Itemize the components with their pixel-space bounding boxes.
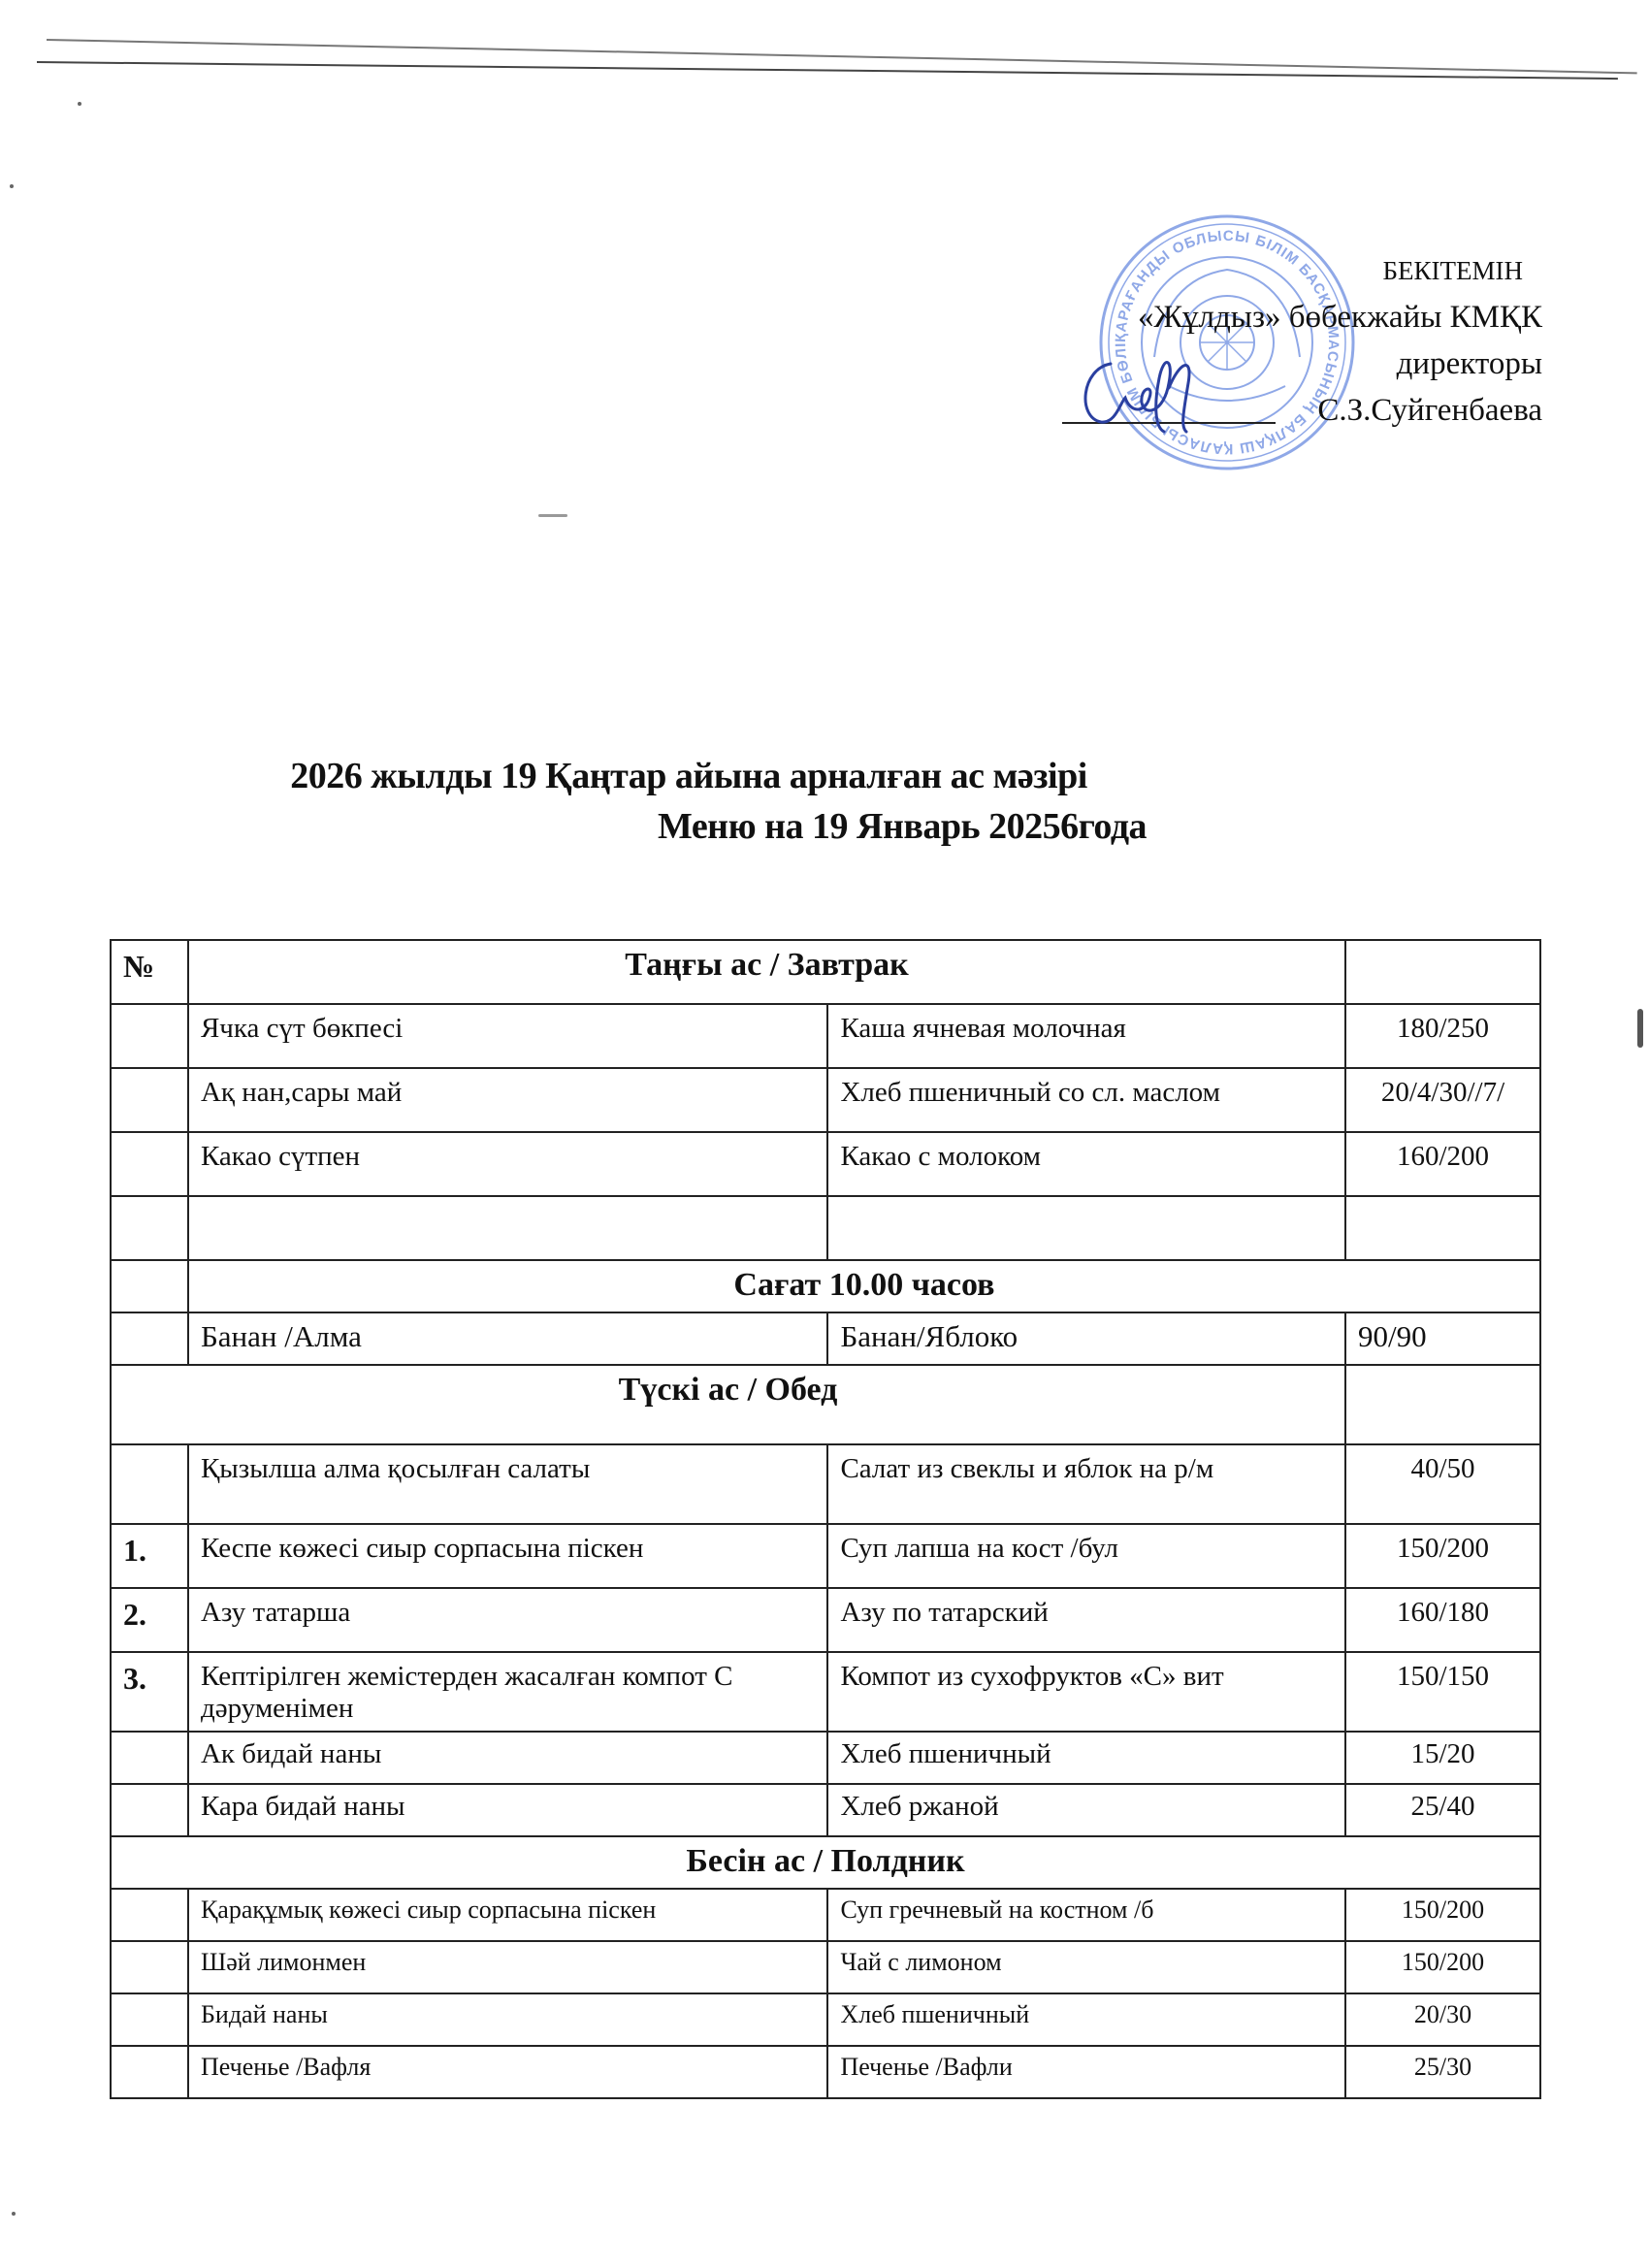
section-title: Бесін ас / Полдник — [111, 1836, 1540, 1889]
portion-grams: 90/90 — [1345, 1312, 1540, 1365]
section-header-lunch: Түскі ас / Обед — [111, 1365, 1540, 1444]
table-row: 2. Азу татарша Азу по татарский 160/180 — [111, 1588, 1540, 1652]
portion-grams: 160/180 — [1345, 1588, 1540, 1652]
portion-grams: 160/200 — [1345, 1132, 1540, 1196]
dish-russian: Хлеб пшеничный со сл. маслом — [827, 1068, 1345, 1132]
dish-kazakh: Кеспе көжесі сиыр сорпасына піскен — [188, 1524, 827, 1588]
dish-russian: Хлеб пшеничный — [827, 1732, 1345, 1784]
row-number — [111, 1941, 188, 1993]
dish-kazakh: Банан /Алма — [188, 1312, 827, 1365]
dish-russian: Печенье /Вафли — [827, 2046, 1345, 2098]
dish-russian: Салат из свеклы и яблок на р/м — [827, 1444, 1345, 1524]
table-row: Ячка сүт бөкпесі Каша ячневая молочная 1… — [111, 1004, 1540, 1068]
dish-russian: Компот из сухофруктов «С» вит — [827, 1652, 1345, 1732]
portion-grams: 150/150 — [1345, 1652, 1540, 1732]
dish-kazakh: Печенье /Вафля — [188, 2046, 827, 2098]
empty-cell — [111, 1260, 188, 1312]
row-number — [111, 1784, 188, 1836]
number-column-header: № — [111, 940, 188, 1004]
row-number: 2. — [111, 1588, 188, 1652]
dish-kazakh: Қарақұмық көжесі сиыр сорпасына піскен — [188, 1889, 827, 1941]
table-row: Бидай наны Хлеб пшеничный 20/30 — [111, 1993, 1540, 2046]
dish-kazakh: Қызылша алма қосылған салаты — [188, 1444, 827, 1524]
section-title: Таңғы ас / Завтрак — [188, 940, 1345, 1004]
table-row: Какао сүтпен Какао с молоком 160/200 — [111, 1132, 1540, 1196]
scan-speck — [78, 102, 81, 106]
row-number — [111, 1132, 188, 1196]
dish-russian: Чай с лимоном — [827, 1941, 1345, 1993]
dish-russian — [827, 1196, 1345, 1260]
dish-russian: Каша ячневая молочная — [827, 1004, 1345, 1068]
row-number — [111, 1889, 188, 1941]
approval-organization: «Жұлдыз» бөбекжайы КМҚК — [1138, 294, 1542, 340]
dish-russian: Суп гречневый на костном /б — [827, 1889, 1345, 1941]
empty-cell — [1345, 940, 1540, 1004]
table-row: Қарақұмық көжесі сиыр сорпасына піскен С… — [111, 1889, 1540, 1941]
table-row: Банан /Алма Банан/Яблоко 90/90 — [111, 1312, 1540, 1365]
portion-grams: 15/20 — [1345, 1732, 1540, 1784]
dish-kazakh: Шәй лимонмен — [188, 1941, 827, 1993]
title-russian: Меню на 19 Январь 20256года — [78, 805, 1649, 848]
table-row: Ақ нан,сары май Хлеб пшеничный со сл. ма… — [111, 1068, 1540, 1132]
row-number: 1. — [111, 1524, 188, 1588]
signature — [1072, 344, 1217, 437]
table-row: Шәй лимонмен Чай с лимоном 150/200 — [111, 1941, 1540, 1993]
dish-russian: Азу по татарский — [827, 1588, 1345, 1652]
portion-grams — [1345, 1196, 1540, 1260]
row-number — [111, 1444, 188, 1524]
portion-grams: 150/200 — [1345, 1889, 1540, 1941]
table-row: 3. Кептірілген жемістерден жасалған комп… — [111, 1652, 1540, 1732]
table-row: Қызылша алма қосылған салаты Салат из св… — [111, 1444, 1540, 1524]
table-row: Печенье /Вафля Печенье /Вафли 25/30 — [111, 2046, 1540, 2098]
section-title: Түскі ас / Обед — [111, 1365, 1345, 1444]
dish-russian: Банан/Яблоко — [827, 1312, 1345, 1365]
section-title: Сағат 10.00 часов — [188, 1260, 1540, 1312]
dish-russian: Какао с молоком — [827, 1132, 1345, 1196]
dish-kazakh: Кара бидай наны — [188, 1784, 827, 1836]
section-header-breakfast: № Таңғы ас / Завтрак — [111, 940, 1540, 1004]
section-header-afternoon-snack: Бесін ас / Полдник — [111, 1836, 1540, 1889]
dish-russian: Хлеб пшеничный — [827, 1993, 1345, 2046]
empty-cell — [1345, 1365, 1540, 1444]
table-row: Кара бидай наны Хлеб ржаной 25/40 — [111, 1784, 1540, 1836]
dish-russian: Суп лапша на кост /бул — [827, 1524, 1345, 1588]
scan-speck — [12, 2212, 16, 2216]
approval-title: БЕКІТЕМІН — [1138, 247, 1523, 294]
scan-speck — [10, 184, 14, 188]
scan-line-artifact — [37, 61, 1618, 80]
portion-grams: 25/30 — [1345, 2046, 1540, 2098]
menu-table: № Таңғы ас / Завтрак Ячка сүт бөкпесі Ка… — [110, 939, 1541, 2099]
section-header-snack: Сағат 10.00 часов — [111, 1260, 1540, 1312]
table-row-empty — [111, 1196, 1540, 1260]
row-number — [111, 2046, 188, 2098]
row-number — [111, 1732, 188, 1784]
portion-grams: 180/250 — [1345, 1004, 1540, 1068]
row-number — [111, 1993, 188, 2046]
table-row: 1. Кеспе көжесі сиыр сорпасына піскен Су… — [111, 1524, 1540, 1588]
dish-kazakh: Кептірілген жемістерден жасалған компот … — [188, 1652, 827, 1732]
row-number — [111, 1196, 188, 1260]
portion-grams: 20/30 — [1345, 1993, 1540, 2046]
row-number: 3. — [111, 1652, 188, 1732]
portion-grams: 150/200 — [1345, 1524, 1540, 1588]
table-row: Ак бидай наны Хлеб пшеничный 15/20 — [111, 1732, 1540, 1784]
dish-kazakh: Азу татарша — [188, 1588, 827, 1652]
portion-grams: 25/40 — [1345, 1784, 1540, 1836]
scan-speck — [538, 514, 567, 517]
row-number — [111, 1068, 188, 1132]
dish-kazakh: Ячка сүт бөкпесі — [188, 1004, 827, 1068]
dish-kazakh: Ак бидай наны — [188, 1732, 827, 1784]
row-number — [111, 1312, 188, 1365]
row-number — [111, 1004, 188, 1068]
dish-kazakh: Какао сүтпен — [188, 1132, 827, 1196]
dish-kazakh: Ақ нан,сары май — [188, 1068, 827, 1132]
scan-speck — [1637, 1009, 1643, 1048]
portion-grams: 40/50 — [1345, 1444, 1540, 1524]
dish-kazakh: Бидай наны — [188, 1993, 827, 2046]
portion-grams: 150/200 — [1345, 1941, 1540, 1993]
portion-grams: 20/4/30//7/ — [1345, 1068, 1540, 1132]
dish-kazakh — [188, 1196, 827, 1260]
title-kazakh: 2026 жылды 19 Қаңтар айына арналған ас м… — [0, 755, 1513, 797]
dish-russian: Хлеб ржаной — [827, 1784, 1345, 1836]
